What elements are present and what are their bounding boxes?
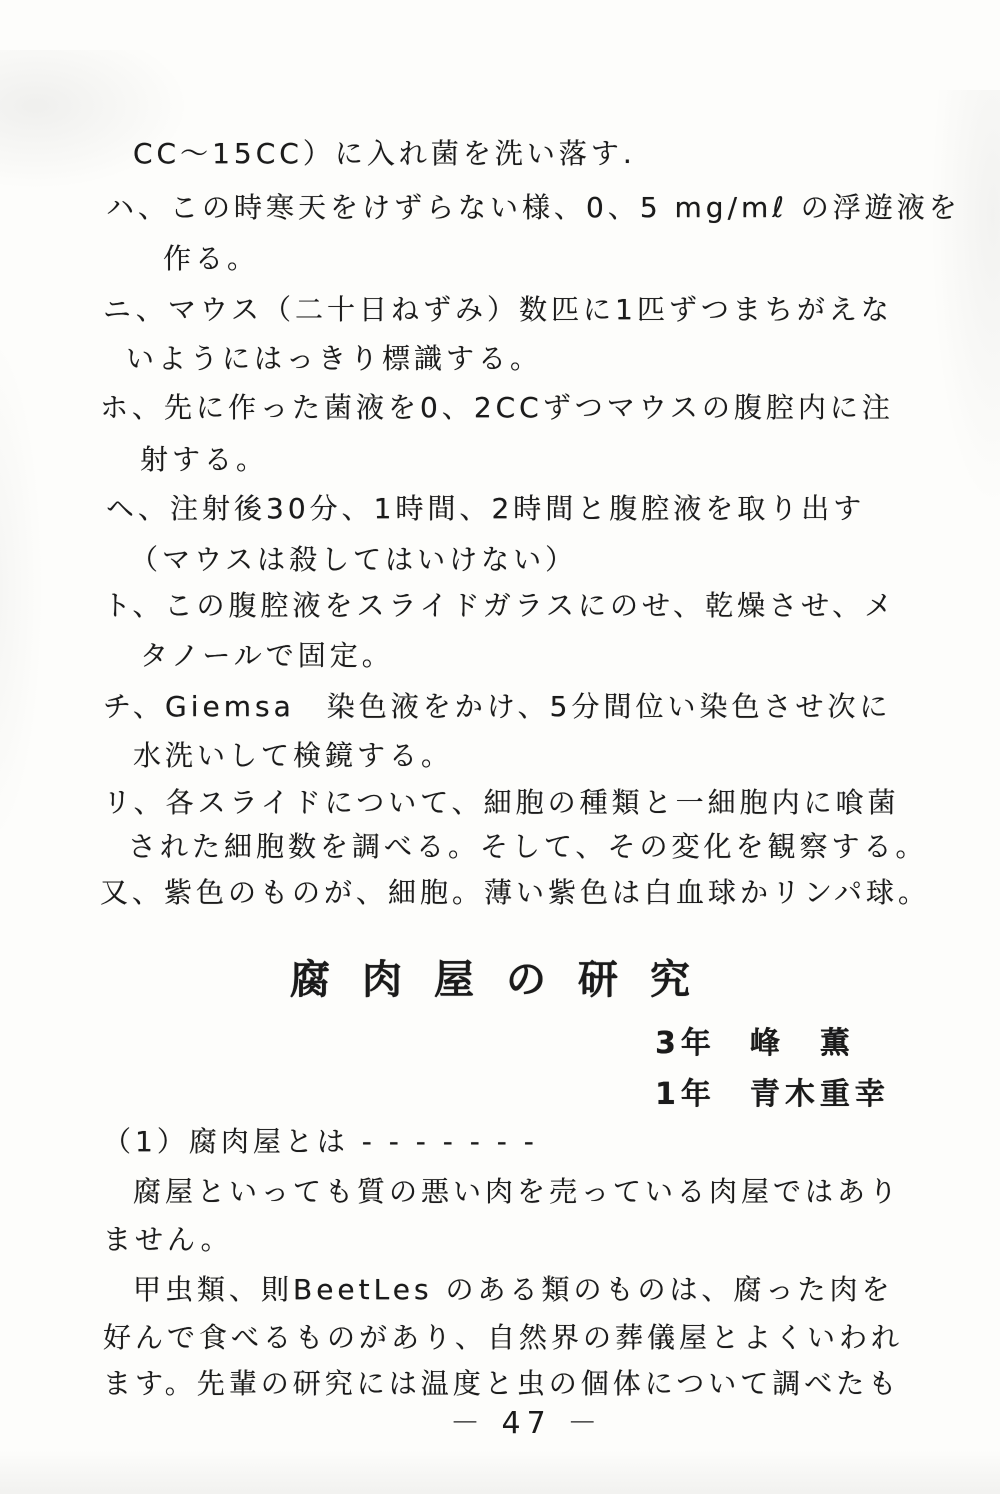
procedure-line: 射する。	[140, 438, 268, 478]
body-line: 腐屋といっても質の悪い肉を売っている肉屋ではあり	[133, 1170, 901, 1210]
procedure-line-ri: リ、各スライドについて、細胞の種類と一細胞内に喰菌	[103, 781, 900, 821]
procedure-line: いようにはっきり標識する。	[126, 337, 542, 377]
body-line: ます。先輩の研究には温度と虫の個体について調べたも	[103, 1362, 900, 1402]
procedure-line: （マウスは殺してはいけない）	[130, 538, 577, 578]
procedure-line: CC～15CC）に入れ菌を洗い落す.	[133, 132, 636, 172]
procedure-line-chi: チ、Giemsa 染色液をかけ、5分間位い染色させ次に	[103, 685, 891, 725]
procedure-line: 作る。	[163, 237, 259, 277]
author-grade: 3年	[655, 1026, 716, 1061]
author-line-2: 1年青木重幸	[655, 1069, 890, 1113]
scan-smudge-right-edge	[930, 90, 1000, 510]
report-title: 腐肉屋の研究	[290, 948, 722, 1005]
procedure-line-mata: 又、紫色のものが、細胞。薄い紫色は白血球かリンパ球。	[100, 871, 930, 911]
body-line: ません。	[103, 1218, 233, 1258]
procedure-line-ni: ニ、マウス（二十日ねずみ）数匹に1匹ずつまちがえな	[103, 288, 893, 328]
author-grade: 1年	[655, 1077, 716, 1112]
page-number: － 47 －	[450, 1398, 603, 1442]
procedure-line-ho: ホ、先に作った菌液を0、2CCずつマウスの腹腔内に注	[100, 386, 894, 426]
scan-smudge-left-edge	[0, 330, 44, 850]
section-heading: （1）腐肉屋とは - - - - - - -	[103, 1120, 538, 1160]
scan-smudge-bottom-edge	[0, 1450, 1000, 1494]
procedure-line-he: ヘ、注射後30分、1時間、2時間と腹腔液を取り出す	[106, 487, 865, 527]
author-line-1: 3年峰 薫	[655, 1018, 855, 1062]
body-line: 甲虫類、則BeetLes のある類のものは、腐った肉を	[133, 1268, 893, 1308]
procedure-line-ha: ハ、この時寒天をけずらない様、0、5 mg/mℓ の浮遊液を	[106, 186, 961, 226]
procedure-line-to: ト、この腹腔液をスライドガラスにのせ、乾燥させ、メ	[103, 584, 896, 624]
author-name: 峰 薫	[750, 1026, 855, 1061]
body-line: 好んで食べるものがあり、自然界の葬儀屋とよくいわれ	[103, 1316, 903, 1356]
scanned-document-page: CC～15CC）に入れ菌を洗い落す. ハ、この時寒天をけずらない様、0、5 mg…	[0, 0, 1000, 1494]
procedure-line: 水洗いして検鏡する。	[133, 734, 453, 774]
author-name: 青木重幸	[750, 1077, 890, 1112]
procedure-line: タノールで固定。	[140, 634, 394, 674]
procedure-line: された細胞数を調べる。そして、その変化を観察する。	[128, 825, 927, 865]
